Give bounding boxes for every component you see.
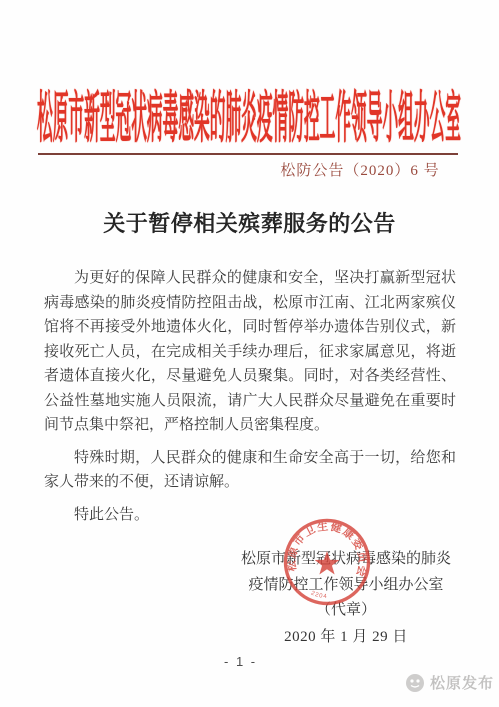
watermark-label: 松原发布 — [430, 672, 494, 693]
letterhead: 松原市新型冠状病毒感染的肺炎疫情防控工作领导小组办公室 — [37, 92, 461, 148]
body-paragraph: 特殊时期，人民群众的健康和生命安全高于一切，给您和家人带来的不便，还请谅解。 — [44, 446, 456, 495]
page-title: 关于暂停相关殡葬服务的公告 — [0, 207, 499, 238]
songyuan-fabu-logo-icon — [405, 673, 425, 693]
publisher-watermark: 松原发布 — [405, 672, 494, 693]
body-paragraph: 特此公告。 — [44, 503, 456, 528]
signature-line-1: 松原市新型冠状病毒感染的肺炎 — [238, 546, 454, 572]
document-body: 为更好的保障人民群众的健康和安全，坚决打赢新型冠状病毒感染的肺炎疫情防控阻击战，… — [44, 266, 456, 527]
body-paragraph: 为更好的保障人民群众的健康和安全，坚决打赢新型冠状病毒感染的肺炎疫情防控阻击战，… — [44, 266, 456, 438]
document-number: 松防公告（2020）6 号 — [260, 159, 460, 180]
page-number: - 1 - — [224, 654, 257, 669]
signature-date: 2020 年 1 月 29 日 — [238, 624, 454, 650]
letterhead-divider — [38, 153, 458, 155]
letterhead-text: 松原市新型冠状病毒感染的肺炎疫情防控工作领导小组办公室 — [37, 92, 461, 148]
announcement-page: 松原市新型冠状病毒感染的肺炎疫情防控工作领导小组办公室 松防公告（2020）6 … — [0, 0, 499, 707]
signature-seal-note: （代章） — [238, 598, 454, 623]
signature-block: 松原市新型冠状病毒感染的肺炎 疫情防控工作领导小组办公室 （代章） 2020 年… — [238, 546, 454, 650]
signature-line-2: 疫情防控工作领导小组办公室 — [238, 572, 454, 598]
